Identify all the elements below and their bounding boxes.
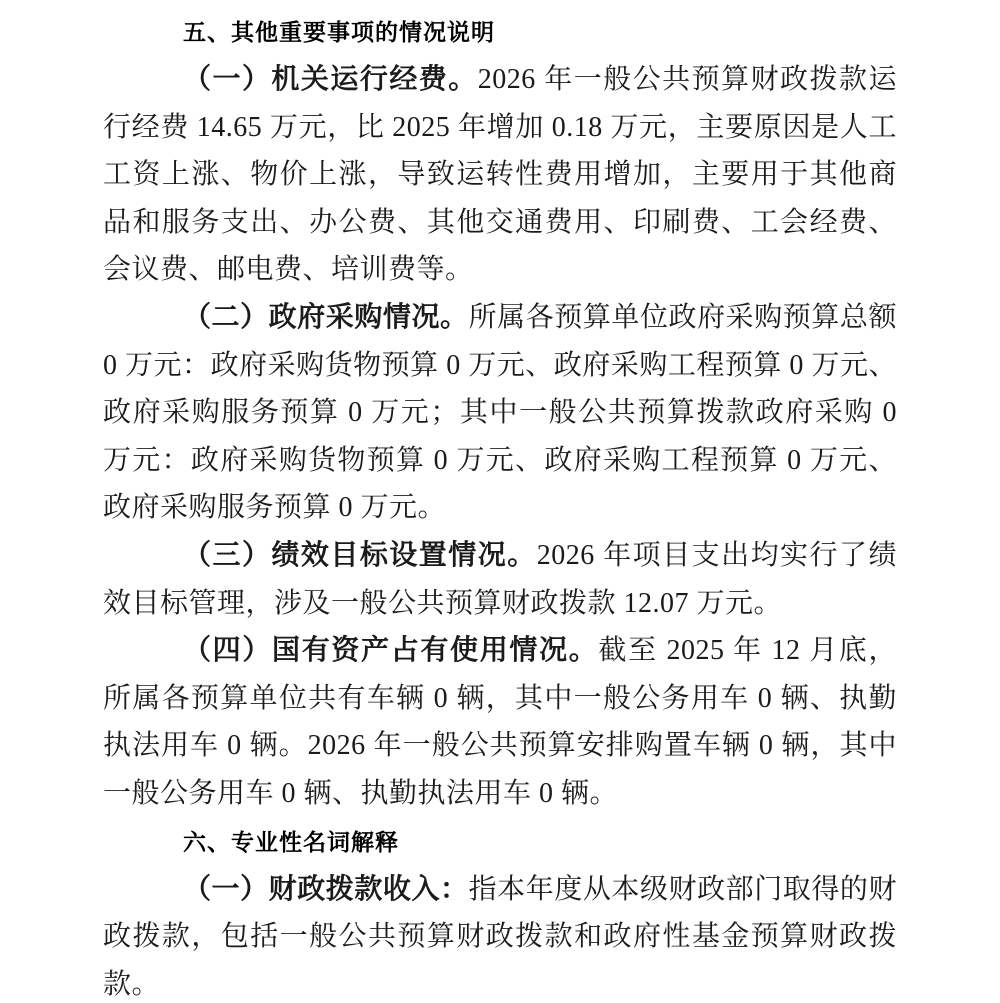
paragraph-state-owned-assets: （四）国有资产占有使用情况。截至 2025 年 12 月底，所属各预算单位共有车…: [103, 627, 897, 817]
paragraph-fiscal-appropriation-income: （一）财政拨款收入：指本年度从本级财政部门取得的财政拨款，包括一般公共预算财政拨…: [103, 866, 897, 1003]
section-heading-terminology: 六、专业性名词解释: [103, 818, 897, 866]
paragraph-body-agency-operating-expenses: 2026 年一般公共预算财政拨款运行经费 14.65 万元，比 2025 年增加…: [103, 64, 897, 285]
paragraph-lead-government-procurement: （二）政府采购情况。: [183, 302, 469, 333]
paragraph-lead-performance-targets: （三）绩效目标设置情况。: [183, 540, 537, 571]
paragraph-agency-operating-expenses: （一）机关运行经费。2026 年一般公共预算财政拨款运行经费 14.65 万元，…: [103, 56, 897, 294]
paragraph-government-procurement: （二）政府采购情况。所属各预算单位政府采购预算总额 0 万元：政府采购货物预算 …: [103, 294, 897, 532]
section-heading-other-important-matters: 五、其他重要事项的情况说明: [103, 8, 897, 56]
paragraph-lead-agency-operating-expenses: （一）机关运行经费。: [183, 64, 478, 95]
paragraph-performance-targets: （三）绩效目标设置情况。2026 年项目支出均实行了绩效目标管理，涉及一般公共预…: [103, 532, 897, 627]
document-page: 五、其他重要事项的情况说明 （一）机关运行经费。2026 年一般公共预算财政拨款…: [0, 0, 1000, 1003]
paragraph-lead-state-owned-assets: （四）国有资产占有使用情况。: [183, 635, 598, 666]
paragraph-lead-fiscal-appropriation-income: （一）财政拨款收入：: [183, 874, 469, 905]
paragraph-body-government-procurement: 所属各预算单位政府采购预算总额 0 万元：政府采购货物预算 0 万元、政府采购工…: [103, 302, 897, 523]
